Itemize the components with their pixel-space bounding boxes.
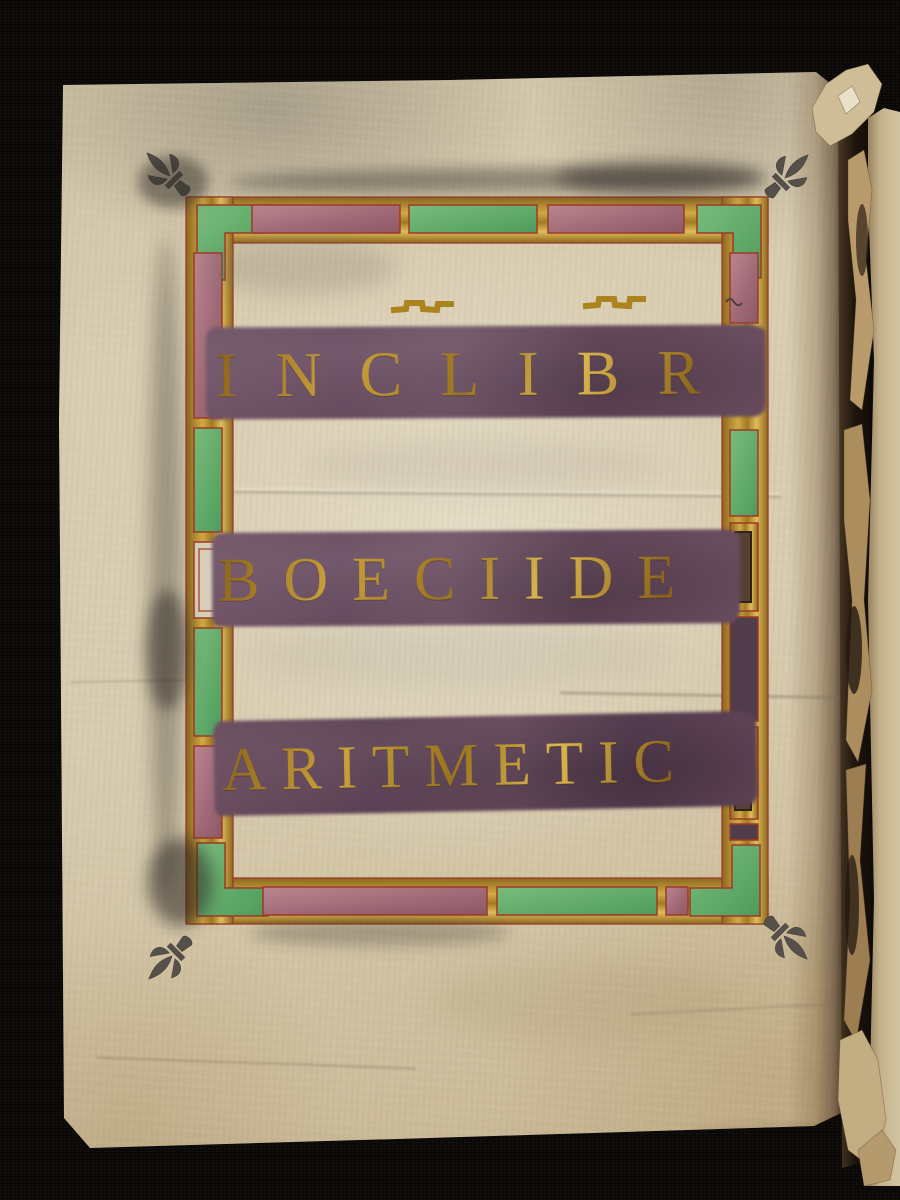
book-gutter [0, 0, 900, 1200]
manuscript-photo: INCLIBR BOECIIDE ARITMETICR [0, 0, 900, 1200]
